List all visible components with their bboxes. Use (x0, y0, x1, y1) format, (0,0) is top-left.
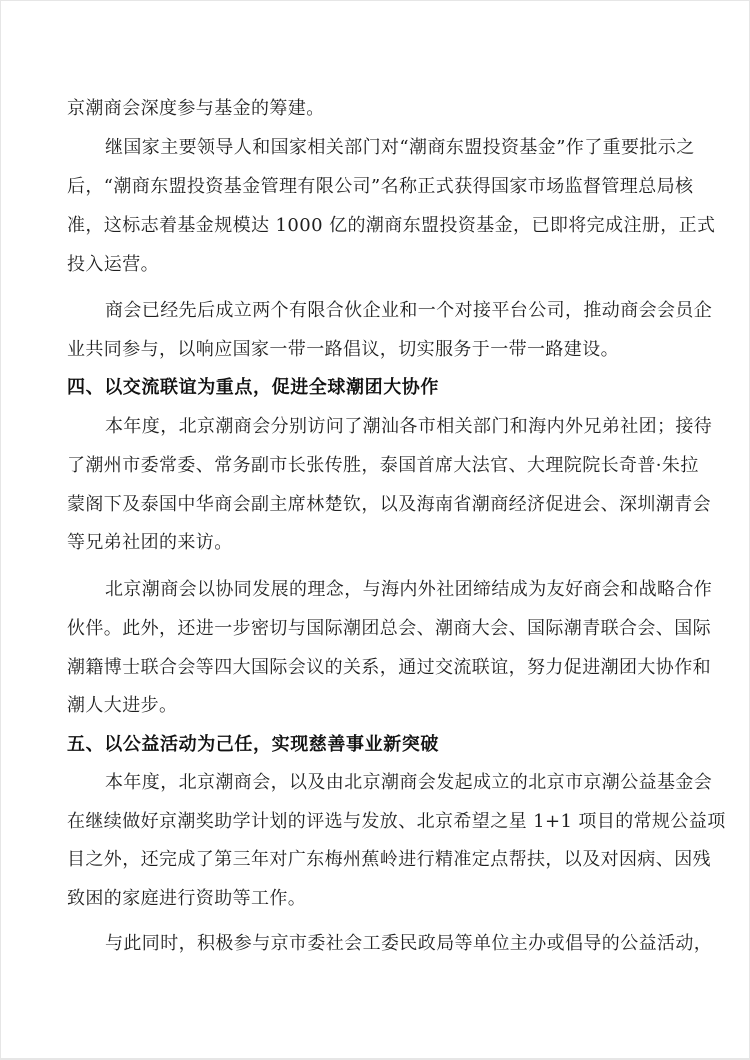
paragraph-first-line: 本年度，北京潮商会，以及由北京潮商会发起成立的北京市京潮公益基金会 (105, 770, 683, 796)
paragraph-first-line: 商会已经先后成立两个有限合伙企业和一个对接平台公司，推动商会会员企 (105, 298, 683, 324)
paragraph-line: 准，这标志着基金规模达 1000 亿的潮商东盟投资基金，已即将完成注册，正式 (67, 213, 683, 239)
paragraph-line: 在继续做好京潮奖助学计划的评选与发放、北京希望之星 1+1 项目的常规公益项 (67, 809, 683, 835)
paragraph-line: 后，“潮商东盟投资基金管理有限公司”名称正式获得国家市场监督管理总局核 (67, 174, 683, 200)
paragraph-line: 了潮州市委常委、常务副市长张传胜，泰国首席大法官、大理院院长奇普·朱拉 (67, 453, 683, 479)
paragraph-line: 业共同参与，以响应国家一带一路倡议，切实服务于一带一路建设。 (67, 337, 683, 363)
paragraph-line: 伙伴。此外，还进一步密切与国际潮团总会、潮商大会、国际潮青联合会、国际 (67, 616, 683, 642)
section-heading-4: 四、以交流联谊为重点，促进全球潮团大协作 (67, 375, 683, 401)
paragraph-line: 目之外，还完成了第三年对广东梅州蕉岭进行精准定点帮扶，以及对因病、因残 (67, 847, 683, 873)
paragraph-first-line: 继国家主要领导人和国家相关部门对“潮商东盟投资基金”作了重要批示之 (105, 135, 683, 161)
paragraph-line: 等兄弟社团的来访。 (67, 530, 683, 556)
paragraph-line: 投入运营。 (67, 252, 683, 278)
paragraph-first-line: 本年度，北京潮商会分别访问了潮汕各市相关部门和海内外兄弟社团；接待 (105, 414, 683, 440)
paragraph-line: 潮人大进步。 (67, 693, 683, 719)
paragraph-line: 潮籍博士联合会等四大国际会议的关系，通过交流联谊，努力促进潮团大协作和 (67, 655, 683, 681)
paragraph-first-line: 北京潮商会以协同发展的理念，与海内外社团缔结成为友好商会和战略合作 (105, 577, 683, 603)
paragraph-line: 京潮商会深度参与基金的筹建。 (67, 96, 683, 122)
paragraph-first-line: 与此同时，积极参与京市委社会工委民政局等单位主办或倡导的公益活动， (105, 931, 683, 957)
paragraph-line: 致困的家庭进行资助等工作。 (67, 886, 683, 912)
section-heading-5: 五、以公益活动为己任，实现慈善事业新突破 (67, 732, 683, 758)
document-page: 京潮商会深度参与基金的筹建。 继国家主要领导人和国家相关部门对“潮商东盟投资基金… (0, 0, 750, 1060)
paragraph-line: 蒙阁下及泰国中华商会副主席林楚钦，以及海南省潮商经济促进会、深圳潮青会 (67, 492, 683, 518)
